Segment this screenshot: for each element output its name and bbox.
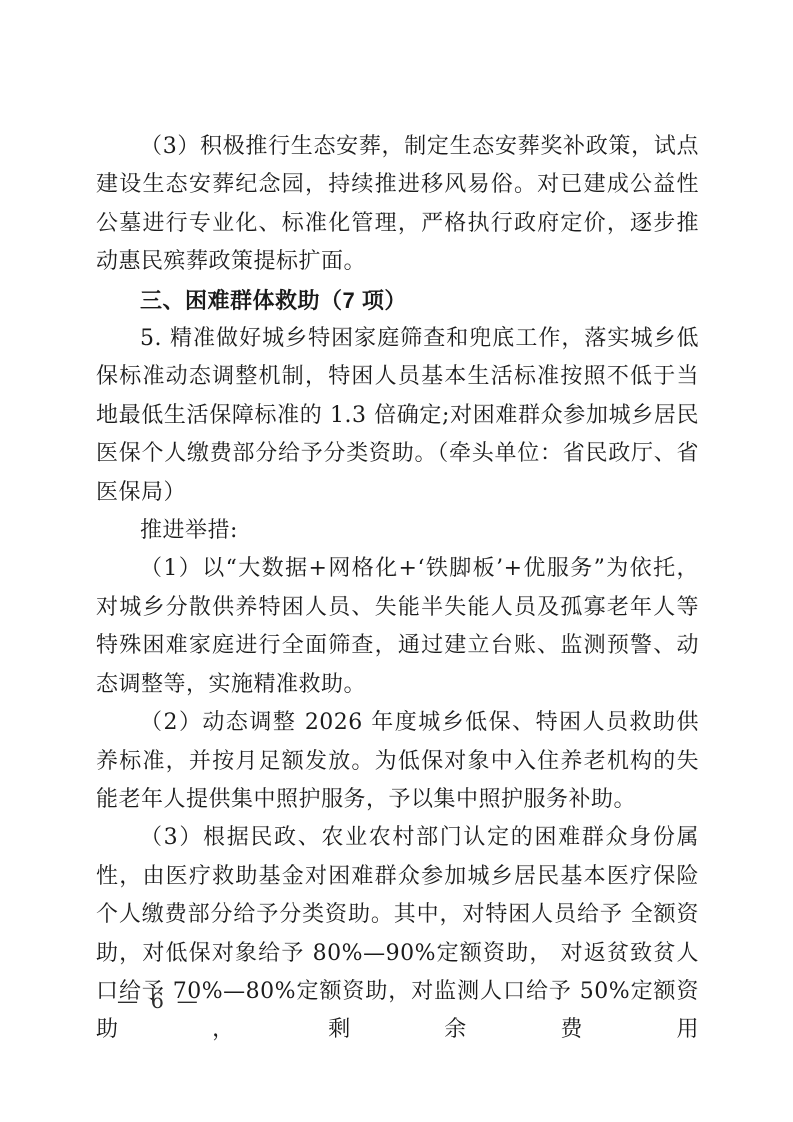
paragraph-measure-2: （2）动态调整 2026 年度城乡低保、特困人员救助供养标准，并按月足额发放。为… xyxy=(96,704,699,819)
section-heading-difficult-groups: 三、困难群体救助（7 项） xyxy=(96,282,699,320)
document-body: （3）积极推行生态安葬，制定生态安葬奖补政策，试点建设生态安葬纪念园，持续推进移… xyxy=(96,128,699,1050)
document-page: （3）积极推行生态安葬，制定生态安葬奖补政策，试点建设生态安葬纪念园，持续推进移… xyxy=(0,0,793,1122)
page-footer: — 6 — xyxy=(117,986,201,1016)
paragraph-eco-burial: （3）积极推行生态安葬，制定生态安葬奖补政策，试点建设生态安葬纪念园，持续推进移… xyxy=(96,128,699,282)
paragraph-measure-1: （1）以“大数据+网格化+‘铁脚板’+优服务”为依托，对城乡分散供养特困人员、失… xyxy=(96,550,699,704)
page-number: — 6 — xyxy=(117,989,201,1013)
paragraph-item-5: 5. 精准做好城乡特困家庭筛查和兜底工作，落实城乡低保标准动态调整机制，特困人员… xyxy=(96,320,699,512)
paragraph-measures-label: 推进举措: xyxy=(96,512,699,550)
